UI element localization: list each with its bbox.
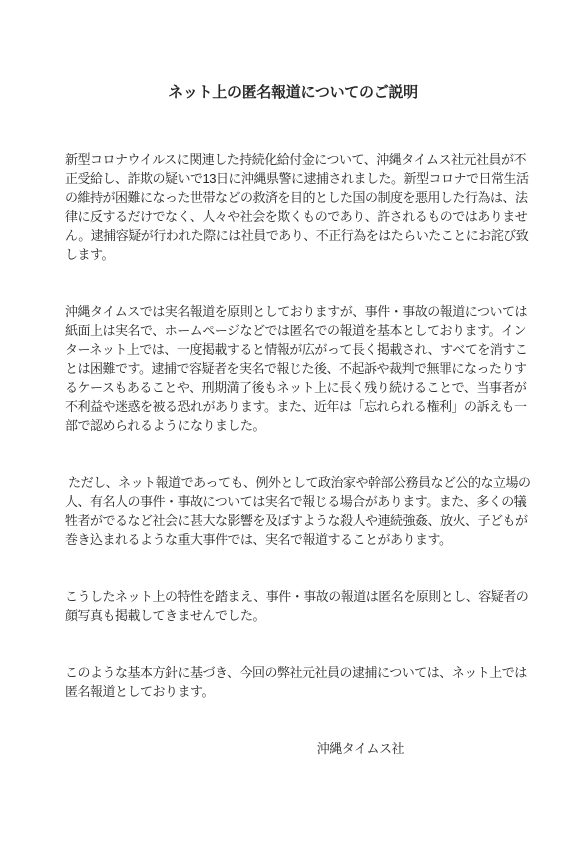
text-line: 人、有名人の事件・事故については実名で報じる場合があります。また、多くの犠 [65,492,520,511]
text-line: ん。逮捕容疑が行われた際には社員であり、不正行為をはたらいたことにお詫び致 [65,226,520,245]
text-line: 不利益や迷惑を被る恐れがあります。また、近年は「忘れられる権利」の訴えも一 [65,397,520,416]
document-title: ネット上の匿名報道についてのご説明 [0,0,586,103]
text-line: 部で認められるようになりました。 [65,416,520,435]
text-line: 律に反するだけでなく、人々や社会を欺くものであり、許されるものではありませ [65,207,520,226]
signature: 沖縄タイムス社 [65,739,520,758]
text-line: とは困難です。逮捕で容疑者を実名で報じた後、不起訴や裁判で無罪になったりす [65,359,520,378]
document-page: ネット上の匿名報道についてのご説明 新型コロナウイルスに関連した持続化給付金につ… [0,0,586,851]
text-line: るケースもあることや、刑期満了後もネット上に長く残り続けることで、当事者が [65,378,520,397]
text-line: の維持が困難になった世帯などの救済を目的とした国の制度を悪用した行為は、法 [65,188,520,207]
text-line: 顔写真も掲載してきませんでした。 [65,606,520,625]
paragraph-practice: こうしたネット上の特性を踏まえ、事件・事故の報道は匿名を原則とし、容疑者の 顔写… [65,587,520,625]
paragraph-exceptions: ただし、ネット報道であっても、例外として政治家や幹部公務員など公的な立場の 人、… [65,473,520,549]
text-line: このような基本方針に基づき、今回の弊社元社員の逮捕については、ネット上では [65,663,520,682]
text-line: ただし、ネット報道であっても、例外として政治家や幹部公務員など公的な立場の [65,473,520,492]
paragraph-policy: 沖縄タイムスでは実名報道を原則としておりますが、事件・事故の報道については 紙面… [65,302,520,435]
text-line: 牲者がでるなど社会に甚大な影響を及ぼすような殺人や連続強姦、放火、子どもが [65,511,520,530]
text-line: 紙面上は実名で、ホームページなどでは匿名での報道を基本としております。イン [65,321,520,340]
text-line: 匿名報道としております。 [65,682,520,701]
text-line: 新型コロナウイルスに関連した持続化給付金について、沖縄タイムス社元社員が不 [65,150,520,169]
paragraph-apology: 新型コロナウイルスに関連した持続化給付金について、沖縄タイムス社元社員が不 正受… [65,150,520,264]
text-line: 巻き込まれるような重大事件では、実名で報道することがあります。 [65,530,520,549]
text-line: ターネット上では、一度掲載すると情報が広がって長く掲載され、すべてを消すこ [65,340,520,359]
text-line: 沖縄タイムスでは実名報道を原則としておりますが、事件・事故の報道については [65,302,520,321]
text-line: します。 [65,245,520,264]
text-line: こうしたネット上の特性を踏まえ、事件・事故の報道は匿名を原則とし、容疑者の [65,587,520,606]
paragraph-conclusion: このような基本方針に基づき、今回の弊社元社員の逮捕については、ネット上では 匿名… [65,663,520,701]
text-line: 正受給し、詐欺の疑いで13日に沖縄県警に逮捕されました。新型コロナで日常生活 [65,169,520,188]
document-body: 新型コロナウイルスに関連した持続化給付金について、沖縄タイムス社元社員が不 正受… [0,103,520,758]
